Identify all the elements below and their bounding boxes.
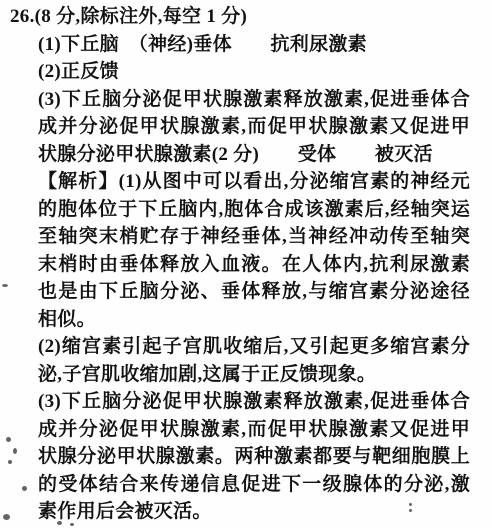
scan-speck bbox=[6, 437, 11, 442]
scan-speck bbox=[57, 521, 62, 525]
scan-speck bbox=[13, 448, 17, 454]
text-line: 成并分泌促甲状腺激素,而促甲状腺激素又促进甲 bbox=[38, 113, 470, 141]
scan-speck bbox=[70, 523, 74, 526]
text-line: (3)下丘脑分泌促甲状腺激素释放激素,促进垂体合 bbox=[38, 388, 470, 416]
scan-speck bbox=[8, 460, 12, 464]
text-line: 相似。 bbox=[38, 306, 470, 334]
text-line: 状腺分泌甲状腺激素。两种激素都要与靶细胞膜上 bbox=[38, 443, 470, 471]
text-line: (3)下丘脑分泌促甲状腺激素释放激素,促进垂体合 bbox=[38, 86, 470, 114]
text-line: 素作用后会被灭活。 bbox=[38, 498, 470, 526]
text-line: 【解析】(1)从图中可以看出,分泌缩宫素的神经元 bbox=[38, 168, 470, 196]
text-line: (2)正反馈 bbox=[38, 58, 470, 86]
text-line: 成并分泌促甲状腺激素,而促甲状腺激素又促进甲 bbox=[38, 416, 470, 444]
scan-speck bbox=[409, 503, 412, 506]
text-line: 也是由下丘脑分泌、垂体释放,与缩宫素分泌途径 bbox=[38, 278, 470, 306]
text-line: (1)下丘脑 （神经)垂体 抗利尿激素 bbox=[38, 31, 470, 59]
answer-text-block: 26.(8 分,除标注外,每空 1 分)(1)下丘脑 （神经)垂体 抗利尿激素(… bbox=[38, 3, 470, 526]
text-line: 末梢时由垂体释放入血液。在人体内,抗利尿激素 bbox=[38, 251, 470, 279]
scanned-page: 26.(8 分,除标注外,每空 1 分)(1)下丘脑 （神经)垂体 抗利尿激素(… bbox=[0, 0, 491, 528]
text-line: 状腺分泌甲状腺激素(2 分) 受体 被灭活 bbox=[38, 141, 470, 169]
text-line: 泌,子宫肌收缩加剧,这属于正反馈现象。 bbox=[38, 361, 470, 389]
text-line: 的受体结合来传递信息促进下一级腺体的分泌,激 bbox=[38, 471, 470, 499]
text-line: 至轴突末梢贮存于神经垂体,当神经冲动传至轴突 bbox=[38, 223, 470, 251]
scan-speck bbox=[2, 284, 8, 287]
text-line: 的胞体位于下丘脑内,胞体合成该激素后,经轴突运 bbox=[38, 196, 470, 224]
scan-speck bbox=[22, 486, 27, 491]
text-line: 26.(8 分,除标注外,每空 1 分) bbox=[10, 3, 470, 31]
scan-speck bbox=[409, 509, 412, 512]
text-line: (2)缩宫素引起子宫肌收缩后,又引起更多缩宫素分 bbox=[38, 333, 470, 361]
scan-speck bbox=[3, 514, 10, 520]
